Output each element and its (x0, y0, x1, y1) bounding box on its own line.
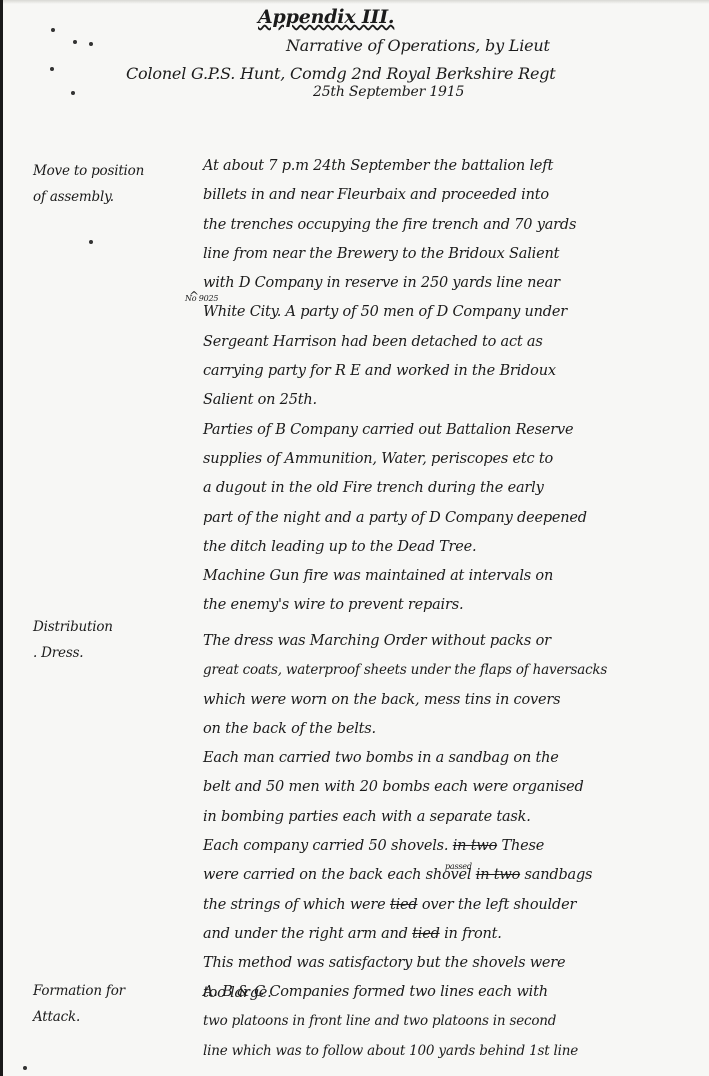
text-line: A. B & C Companies formed two lines each… (203, 978, 703, 1007)
text-line: Sergeant Harrison had been detached to a… (203, 328, 703, 357)
paragraph-assembly: At about 7 p.m 24th September the battal… (203, 152, 703, 621)
document-page: Appendix III. Narrative of Operations, b… (0, 0, 709, 1076)
text-line: Each company carried 50 shovels. in two … (203, 832, 703, 861)
text-line: the enemy's wire to prevent repairs. (203, 591, 703, 620)
narrative-subtitle: Narrative of Operations, by Lieut (286, 36, 550, 55)
paragraph-formation: A. B & C Companies formed two lines each… (203, 978, 703, 1066)
text-line: with D Company in reserve in 250 yards l… (203, 269, 703, 298)
struck-text: in two (453, 838, 497, 854)
ink-speck (71, 91, 75, 95)
caret-mark: ^ (189, 289, 199, 303)
ink-speck (50, 67, 54, 71)
margin-note-formation: Formation for Attack. (33, 978, 183, 1030)
author-line: Colonel G.P.S. Hunt, Comdg 2nd Royal Ber… (126, 64, 556, 83)
text-line: White City. A party of 50 men of D Compa… (203, 298, 703, 327)
ink-speck (73, 40, 77, 44)
text-line: the ditch leading up to the Dead Tree. (203, 533, 703, 562)
ink-speck (89, 42, 93, 46)
text-line: in bombing parties each with a separate … (203, 803, 703, 832)
text-line: This method was satisfactory but the sho… (203, 949, 703, 978)
ink-speck (51, 28, 55, 32)
struck-text: tied (390, 897, 418, 913)
text-line: At about 7 p.m 24th September the battal… (203, 152, 703, 181)
text-line: on the back of the belts. (203, 715, 703, 744)
date-line: 25th September 1915 (313, 84, 464, 100)
margin-note-assembly: Move to position of assembly. (33, 158, 183, 210)
text-line: billets in and near Fleurbaix and procee… (203, 181, 703, 210)
text-line: The dress was Marching Order without pac… (203, 627, 703, 656)
text-line: which were worn on the back, mess tins i… (203, 686, 703, 715)
text-line: part of the night and a party of D Compa… (203, 504, 703, 533)
appendix-title: Appendix III. (258, 6, 394, 28)
text-line: line from near the Brewery to the Bridou… (203, 240, 703, 269)
margin-note-dress: Distribution . Dress. (33, 614, 183, 666)
ink-speck (23, 1066, 27, 1070)
text-line: and under the right arm and tied in fron… (203, 920, 703, 949)
text-line: two platoons in front line and two plato… (203, 1007, 703, 1036)
text-line: Parties of B Company carried out Battali… (203, 416, 703, 445)
text-line: great coats, waterproof sheets under the… (203, 656, 703, 685)
text-line: Each man carried two bombs in a sandbag … (203, 744, 703, 773)
text-line: supplies of Ammunition, Water, periscope… (203, 445, 703, 474)
text-line: Salient on 25th. (203, 386, 703, 415)
text-line: belt and 50 men with 20 bombs each were … (203, 773, 703, 802)
page-edge (3, 0, 709, 4)
ink-speck (89, 240, 93, 244)
paragraph-dress: The dress was Marching Order without pac… (203, 627, 703, 1008)
struck-text: in two (476, 867, 520, 883)
text-line: Machine Gun fire was maintained at inter… (203, 562, 703, 591)
insertion-note: passed (445, 862, 472, 871)
text-line: the trenches occupying the fire trench a… (203, 211, 703, 240)
text-line: the strings of which were tied over the … (203, 891, 703, 920)
text-line: carrying party for R E and worked in the… (203, 357, 703, 386)
struck-text: tied (412, 926, 440, 942)
text-line: a dugout in the old Fire trench during t… (203, 474, 703, 503)
text-line: line which was to follow about 100 yards… (203, 1037, 703, 1066)
